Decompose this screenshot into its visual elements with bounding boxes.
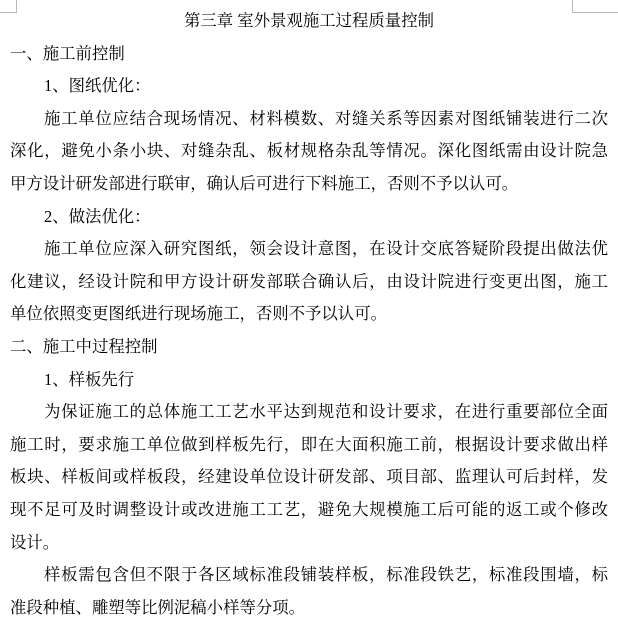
document-body: 一、施工前控制1、图纸优化：施工单位应结合现场情况、材料模数、对缝关系等因素对图… — [10, 38, 608, 625]
chapter-title: 第三章 室外景观施工过程质量控制 — [10, 5, 608, 38]
paragraph-line: 为保证施工的总体施工工艺水平达到规范和设计要求，在进行重要部位全面 — [10, 396, 608, 429]
paragraph-line: 板块、样板间或样板段，经建设单位设计研发部、项目部、监理认可后封样，发 — [10, 461, 608, 494]
heading-line: 一、施工前控制 — [10, 38, 608, 71]
paragraph-line: 样板需包含但不限于各区域标准段铺装样板，标准段铁艺，标准段围墙，标 — [10, 559, 608, 592]
paragraph-line: 单位依照变更图纸进行现场施工，否则不予以认可。 — [10, 298, 608, 331]
paragraph-line: 准段种植、雕塑等比例泥稿小样等分项。 — [10, 592, 608, 625]
paragraph-line: 设计。 — [10, 527, 608, 560]
subheading-line: 1、样板先行 — [10, 364, 608, 397]
heading-line: 二、施工中过程控制 — [10, 331, 608, 364]
paragraph-line: 甲方设计研发部进行联审，确认后可进行下料施工，否则不予以认可。 — [10, 168, 608, 201]
document-page: 第三章 室外景观施工过程质量控制 一、施工前控制1、图纸优化：施工单位应结合现场… — [0, 0, 618, 625]
document-content: 第三章 室外景观施工过程质量控制 一、施工前控制1、图纸优化：施工单位应结合现场… — [10, 5, 608, 624]
paragraph-line: 现不足可及时调整设计或改进施工工艺，避免大规模施工后可能的返工或个修改 — [10, 494, 608, 527]
paragraph-line: 施工单位应结合现场情况、材料模数、对缝关系等因素对图纸铺装进行二次 — [10, 103, 608, 136]
paragraph-line: 深化，避免小条小块、对缝杂乱、板材规格杂乱等情况。深化图纸需由设计院急 — [10, 135, 608, 168]
paragraph-line: 施工时，要求施工单位做到样板先行，即在大面积施工前，根据设计要求做出样 — [10, 429, 608, 462]
paragraph-line: 施工单位应深入研究图纸，领会设计意图，在设计交底答疑阶段提出做法优 — [10, 233, 608, 266]
paragraph-line: 化建议，经设计院和甲方设计研发部联合确认后，由设计院进行变更出图，施工 — [10, 266, 608, 299]
subheading-line: 2、做法优化： — [10, 201, 608, 234]
subheading-line: 1、图纸优化： — [10, 70, 608, 103]
